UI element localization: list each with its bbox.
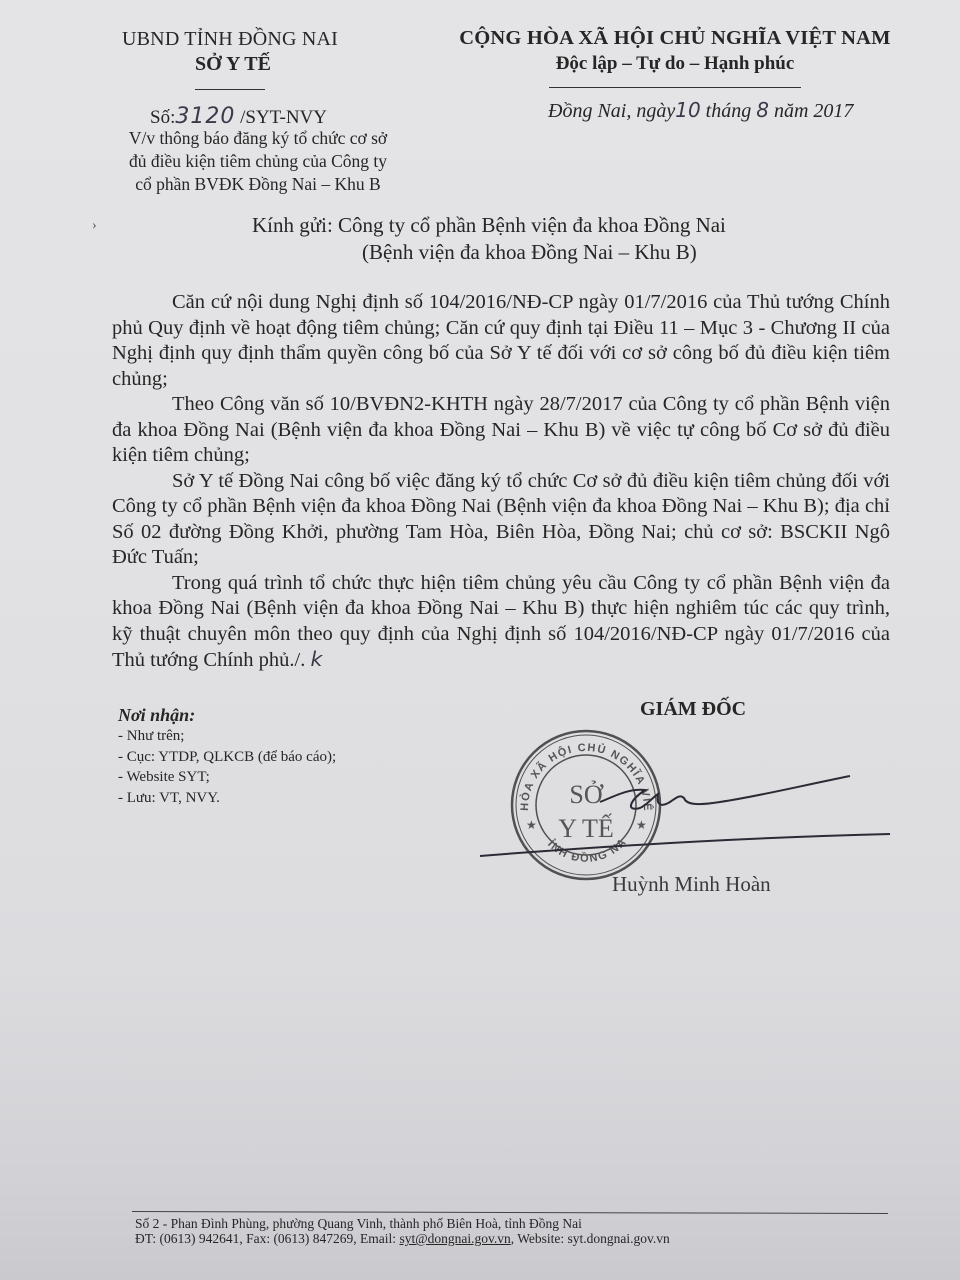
initial-mark: k [310, 647, 322, 671]
header-left-rule [195, 89, 265, 90]
doc-number-prefix: Số: [150, 107, 175, 128]
body-paragraph: Căn cứ nội dung Nghị định số 104/2016/NĐ… [112, 290, 890, 392]
date-month: 8 [756, 98, 769, 122]
body-paragraph-last: Trong quá trình tổ chức thực hiện tiêm c… [112, 571, 890, 674]
handwritten-signature-icon [480, 768, 890, 868]
recipients-list: Nơi nhận: - Như trên; - Cục: YTDP, QLKCB… [118, 704, 336, 808]
addressee-line-2: (Bệnh viện đa khoa Đồng Nai – Khu B) [252, 239, 726, 266]
date-day: 10 [675, 98, 700, 122]
body-paragraph: Theo Công văn số 10/BVĐN2-KHTH ngày 28/7… [112, 392, 890, 469]
footer-address: Số 2 - Phan Đình Phùng, phường Quang Vin… [135, 1216, 670, 1231]
date-month-label: tháng [701, 100, 757, 122]
subject-line: đủ điều kiện tiêm chủng của Công ty [108, 150, 408, 173]
subject-line: V/v thông báo đăng ký tổ chức cơ sở [108, 127, 408, 150]
body-paragraph: Sở Y tế Đồng Nai công bố việc đăng ký tổ… [112, 469, 890, 571]
org-line-1: UBND TỈNH ĐỒNG NAI [90, 26, 370, 52]
national-heading: CỘNG HÒA XÃ HỘI CHỦ NGHĨA VIỆT NAM Độc l… [440, 24, 910, 88]
footer-email-link[interactable]: syt@dongnai.gov.vn [399, 1231, 510, 1246]
recipients-item: - Lưu: VT, NVY. [118, 788, 336, 809]
recipients-item: - Cục: YTDP, QLKCB (để báo cáo); [118, 747, 336, 768]
addressee-line-1: Kính gửi: Công ty cổ phần Bệnh viện đa k… [252, 212, 726, 239]
document-number: Số:3120 /SYT-NVY [150, 104, 327, 129]
recipients-title: Nơi nhận: [118, 704, 336, 726]
document-subject: V/v thông báo đăng ký tổ chức cơ sở đủ đ… [108, 127, 408, 196]
addressee: Kính gửi: Công ty cổ phần Bệnh viện đa k… [252, 212, 726, 266]
recipients-item: - Website SYT; [118, 767, 336, 788]
doc-number-suffix: /SYT-NVY [235, 107, 327, 128]
footer-contact-line: ĐT: (0613) 942641, Fax: (0613) 847269, E… [135, 1231, 670, 1246]
issue-date: Đồng Nai, ngày10 tháng 8 năm 2017 [548, 98, 853, 123]
signer-title: GIÁM ĐỐC [640, 698, 746, 721]
footer-phone-fax: ĐT: (0613) 942641, Fax: (0613) 847269, E… [135, 1231, 399, 1246]
recipients-item: - Như trên; [118, 726, 336, 747]
footer-website-link[interactable]: syt.dongnai.gov.vn [568, 1231, 670, 1246]
footer-contact: Số 2 - Phan Đình Phùng, phường Quang Vin… [135, 1216, 670, 1246]
org-line-2: SỞ Y TẾ [96, 52, 370, 76]
pen-mark: › [92, 218, 97, 234]
date-prefix: Đồng Nai, ngày [548, 100, 675, 122]
body-paragraph-text: Trong quá trình tổ chức thực hiện tiêm c… [112, 572, 890, 672]
date-year: năm 2017 [769, 100, 853, 122]
doc-number-handwritten: 3120 [175, 104, 235, 129]
header-right-rule [549, 87, 801, 88]
issuing-authority: UBND TỈNH ĐỒNG NAI SỞ Y TẾ [90, 26, 370, 90]
footer-rule [132, 1211, 888, 1214]
nation-title: CỘNG HÒA XÃ HỘI CHỦ NGHĨA VIỆT NAM [440, 24, 910, 52]
signer-name: Huỳnh Minh Hoàn [612, 872, 771, 897]
subject-line: cổ phần BVĐK Đồng Nai – Khu B [108, 173, 408, 196]
document-body: Căn cứ nội dung Nghị định số 104/2016/NĐ… [112, 290, 890, 674]
footer-website-label: , Website: [511, 1231, 568, 1246]
national-motto: Độc lập – Tự do – Hạnh phúc [440, 52, 910, 76]
